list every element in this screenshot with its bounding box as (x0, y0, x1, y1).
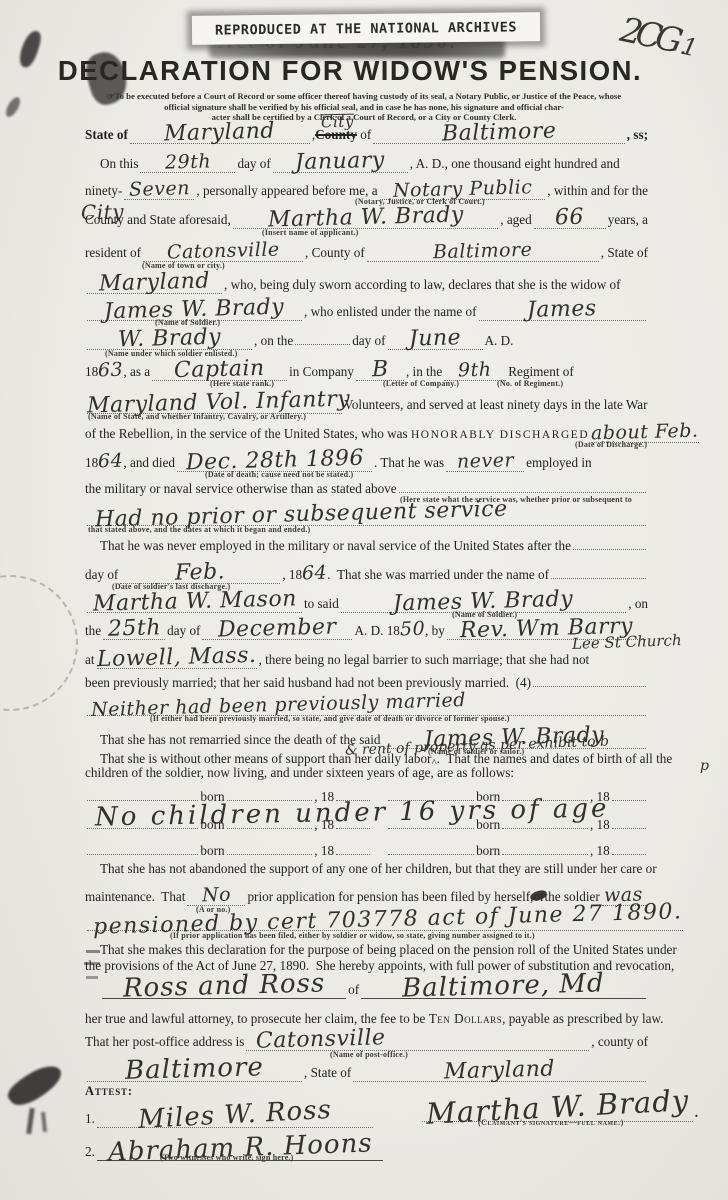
printed-the: the (85, 623, 101, 639)
town-field: Catonsville (143, 243, 303, 262)
handwritten-enlist-first: James (527, 300, 597, 321)
printed-employed-in: employed in (526, 455, 592, 471)
month-field: January (273, 153, 408, 173)
caption-company: (Letter of Company.) (383, 379, 459, 388)
printed-attest: Attest: (85, 1084, 133, 1099)
line-discharge: of the Rebellion, in the service of the … (85, 424, 648, 443)
caption-prev-married: (If either had been previously married, … (150, 714, 510, 723)
a-or-no-field: No (187, 887, 245, 906)
printed-years: years, a (608, 212, 648, 228)
printed-day-of3: day of (85, 567, 118, 583)
caption-witnesses: (Two witnesses who write, sign here.) (160, 1153, 294, 1162)
state-field: Maryland (130, 124, 310, 144)
printed-ss: , ss; (627, 127, 648, 143)
residence-county-field: Baltimore (367, 243, 599, 262)
line-enlist-name: W. Brady , on the day of June A. D. (85, 330, 648, 350)
printed-state-of2: , State of (304, 1065, 351, 1081)
partial-round-stamp (0, 557, 96, 728)
corner-scribble-dot: .1 (678, 32, 694, 62)
printed-ad-year: , A. D., one thousand eight hundred and (410, 156, 620, 172)
printed-resident: resident of (85, 245, 141, 261)
line-death: 18 64 , and died Dec. 28th 1896 . That h… (85, 452, 648, 472)
printed-aged: , aged (500, 212, 532, 228)
witness-2-number: 2. (85, 1144, 95, 1160)
scanned-pension-declaration-page: Act of June 27, 1890. REPRODUCED AT THE … (0, 0, 728, 1200)
maiden-name-field: Martha W. Mason (87, 593, 302, 613)
line-last-discharge: day of Feb. , 18 64 . That she was marri… (85, 564, 648, 584)
printed-label: State of (85, 127, 128, 143)
after-blank (573, 549, 646, 550)
line-rank-regiment: 18 63 , as a Captain in Company B , in t… (85, 361, 648, 381)
county-field: Baltimore (373, 124, 625, 144)
printed-18-row: , 18 (590, 843, 610, 859)
printed-as-a: , as a (123, 364, 150, 380)
line-pensioned: pensioned by cert 703778 act of June 27 … (85, 911, 648, 931)
ink-smudge (86, 976, 98, 979)
line-attest: Attest: (85, 1084, 133, 1099)
day-field: 29th (140, 154, 235, 173)
line-never-employed: That he was never employed in the milita… (100, 538, 648, 554)
ink-smudge (4, 1057, 66, 1113)
handwritten-town: Catonsville (167, 242, 280, 261)
handwritten-property-insert2: p (700, 758, 709, 774)
born-row-3: born , 18 born , 18 (85, 843, 648, 859)
prior-service-field: Had no prior or subsequent service (87, 506, 646, 526)
handwritten-december: December (218, 618, 337, 640)
ink-smudge (41, 1112, 47, 1132)
witness-1-number: 1. (85, 1111, 95, 1127)
printed-on-this: On this (100, 156, 138, 172)
printed-ad: A. D. (485, 333, 514, 349)
handwritten-company: B (371, 361, 388, 380)
line-residence: resident of Catonsville , County of Balt… (85, 243, 648, 262)
handwritten-month: January (295, 152, 385, 173)
printed-married-under: . That she was married under the name of (327, 567, 549, 583)
printed-children: children of the soldier, now living, and… (85, 765, 514, 781)
handwritten-no: No (202, 887, 231, 904)
enlist-name-field1: James (479, 301, 647, 321)
prev-married-blank (533, 686, 646, 687)
printed-or: or (533, 889, 544, 904)
printed-rebellion: of the Rebellion, in the service of the … (85, 426, 411, 442)
printed-not-abandoned: That she has not abandoned the support o… (100, 861, 657, 877)
born-date-blank (227, 854, 313, 855)
enlist-name-field2: W. Brady (87, 330, 252, 350)
handwritten-res-county: Baltimore (433, 242, 533, 261)
printed-at: at (85, 652, 95, 668)
enlist-month-field: June (388, 330, 483, 350)
handwritten-county: Baltimore (442, 123, 557, 145)
witness-1-signature: Miles W. Ross (138, 1099, 333, 1131)
county-label-overwritten: CountyCity (85, 212, 124, 228)
line-po-county-state: Baltimore , State of Maryland (85, 1058, 648, 1082)
service-blank (399, 492, 646, 493)
ink-smudge (3, 95, 23, 119)
company-field: B (356, 361, 404, 381)
national-archives-stamp: REPRODUCED AT THE NATIONAL ARCHIVES (192, 12, 540, 45)
printed-in-company: in Company (289, 364, 354, 380)
handwritten-applicant: Martha W. Brady (267, 206, 463, 230)
line-fee: her true and lawful attorney, to prosecu… (85, 1011, 648, 1027)
handwritten-never: never (456, 452, 513, 470)
printed-on-the: , on the (254, 333, 293, 349)
witness-1-field: Miles W. Ross (97, 1104, 373, 1128)
caption-applicant: (Insert name of applicant.) (262, 228, 359, 237)
printed-aforesaid: and State aforesaid, (124, 212, 231, 228)
handwritten-64: 64 (98, 453, 124, 470)
handwritten-officer: Notary Public (393, 179, 533, 199)
line-attorneys: Ross and Ross of Baltimore, Md (100, 975, 648, 1005)
handwritten-lowell: Lowell, Mass. (97, 647, 257, 670)
handwritten-50: 50 (400, 621, 426, 638)
handwritten-city-overwrite: City (81, 203, 124, 221)
printed-18-row: , 18 (314, 843, 334, 859)
po-state-field: Maryland (353, 1062, 646, 1082)
handwritten-age: 66 (555, 209, 584, 228)
handwritten-res-state: Maryland (99, 273, 210, 295)
printed-prior-application: prior application for pension has been f… (247, 889, 533, 905)
instructions-line1: ☞To be executed before a Court of Record… (54, 91, 674, 102)
line-post-office: That her post-office address is Catonsvi… (85, 1031, 648, 1051)
attorney-firm-field: Ross and Ross (102, 975, 346, 999)
line-unit: Maryland Vol. Infantry Volunteers, and s… (85, 394, 648, 414)
rank-field: Captain (152, 361, 287, 381)
handwritten-state: Maryland (164, 123, 275, 145)
printed-county-of2: , county of (591, 1034, 648, 1050)
line-no-prior-service: Had no prior or subsequent service (85, 506, 648, 526)
handwritten-po: Catonsville (256, 1029, 386, 1051)
ink-smudge (86, 950, 100, 953)
caption-claimant-signature: (Claimant's signature—full name.) (478, 1118, 624, 1127)
handwritten-day: 29th (165, 153, 211, 170)
line-not-abandoned: That she has not abandoned the support o… (100, 861, 648, 877)
printed-and-died: , and died (123, 455, 175, 471)
printed-18c: , 18 (282, 567, 302, 583)
printed-sworn: , who, being duly sworn according to law… (224, 277, 621, 293)
printed-ad-18: A. D. 18 (354, 623, 399, 639)
born-date-blank (502, 828, 588, 829)
handwritten-city-correction: City (321, 114, 354, 130)
line-marriage-place: at Lowell, Mass. , there being no legal … (85, 649, 648, 669)
printed-ten-dollars: Ten Dollars (429, 1011, 502, 1027)
caption-service2: that stated above, and the dates at whic… (88, 525, 310, 534)
form-title: DECLARATION FOR WIDOW'S PENSION. (30, 55, 670, 87)
county-label-corrected: CountyCity (315, 127, 357, 143)
caption-prior-application: (If prior application has been filed, ei… (170, 931, 535, 940)
handwritten-year: Seven (129, 180, 190, 198)
enlist-day-field (295, 344, 350, 345)
printed-born: born (200, 843, 224, 859)
post-office-field: Catonsville (246, 1031, 589, 1051)
handwritten-po-county: Baltimore (125, 1056, 264, 1082)
born-date-blank (502, 854, 588, 855)
printed-day-of4: day of (167, 623, 200, 639)
printed-otherwise: the military or naval service otherwise … (85, 481, 397, 497)
attorney-place-field: Baltimore, Md (361, 975, 646, 999)
printed-honorably-discharged: HONORABLY DISCHARGED (411, 429, 589, 441)
handwritten-25th: 25th (107, 619, 160, 639)
unit-field: Maryland Vol. Infantry (87, 394, 342, 414)
witness-1-line: 1. Miles W. Ross (85, 1104, 375, 1128)
year-field: Seven (124, 181, 194, 200)
line-children-intro: children of the soldier, now living, and… (85, 765, 648, 781)
printed-by: , by (425, 623, 445, 639)
printed-regiment-of: Regiment of (508, 364, 574, 380)
printed-18b: 18 (85, 455, 98, 471)
child-name-blank (87, 854, 198, 855)
printed-born: born (476, 843, 500, 859)
printed-18: 18 (85, 364, 98, 380)
printed-no-barrier: , there being no legal barrier to such m… (259, 652, 590, 668)
handwritten-rank: Captain (174, 360, 265, 381)
printed-enlisted: , who enlisted under the name of (304, 304, 477, 320)
caption-unit: (Name of State, and whether Infantry, Ca… (88, 412, 306, 421)
caption-rank: (Here state rank.) (210, 379, 274, 388)
married-name-blank (551, 578, 646, 579)
marriage-month-field: December (202, 620, 352, 640)
line-date: On this 29th day of January , A. D., one… (100, 153, 648, 173)
printed-to-said: to said (304, 596, 339, 612)
printed-of2: of (348, 982, 359, 998)
handwritten-feb: Feb. (175, 563, 226, 583)
handwritten-firm-place: Baltimore, Md (402, 972, 605, 999)
caption-death: (Date of death; cause need not be stated… (205, 470, 353, 479)
last-discharge-field: Feb. (120, 564, 280, 584)
year-blank (612, 828, 646, 829)
printed-state-of: , State of (601, 245, 648, 261)
caption-regiment: (No. of Regiment.) (497, 379, 563, 388)
printed-po-address: That her post-office address is (85, 1034, 244, 1050)
res-state-field: Maryland (87, 274, 222, 294)
handwritten-discharge: about Feb. (591, 423, 699, 442)
child-name-blank (388, 854, 474, 855)
year-blank (336, 854, 370, 855)
printed-county-of: , County of (305, 245, 365, 261)
handwritten-enlist-month: June (409, 329, 462, 349)
ink-smudge (26, 1108, 35, 1134)
printed-ninety: ninety- (85, 183, 122, 199)
handwritten-64b: 64 (302, 565, 328, 582)
death-date-field: Dec. 28th 1896 (177, 452, 372, 472)
caption-discharge: (Date of Discharge.) (575, 440, 647, 449)
marriage-place-field: Lowell, Mass. (97, 649, 257, 669)
instructions-text1: To be executed before a Court of Record … (115, 91, 622, 101)
line-widow-declaration: Maryland , who, being duly sworn accordi… (85, 274, 648, 294)
printed-payable: , payable as prescribed by law. (502, 1011, 663, 1027)
printed-that-he-was: . That he was (374, 455, 444, 471)
year-blank (612, 800, 646, 801)
printed-within: , within and for the (547, 183, 648, 199)
corner-scribble: 2CG .1 (618, 17, 695, 59)
corner-scribble-text: 2CG (617, 10, 681, 61)
marriage-day-field: 25th (103, 620, 165, 640)
printed-on: , on (628, 596, 648, 612)
printed-volunteers: Volunteers, and served at least ninety d… (344, 397, 648, 413)
printed-appeared: , personally appeared before me, a (196, 183, 377, 199)
printed-maintenance: maintenance. That (85, 889, 185, 905)
handwritten-po-state: Maryland (444, 1061, 555, 1083)
line-maiden-name: Martha W. Mason to said James W. Brady ,… (85, 593, 648, 613)
handwritten-enlist-last: W. Brady (118, 329, 222, 350)
signature-period: . (695, 1105, 698, 1121)
year-blank (612, 854, 646, 855)
line-declaration-purpose: That she makes this declaration for the … (100, 942, 648, 958)
printed-purpose: That she makes this declaration for the … (100, 942, 677, 958)
age-field: 66 (534, 209, 606, 229)
printed-in-the: , in the (406, 364, 442, 380)
applicant-field: Martha W. Brady (233, 209, 498, 229)
stamp-text: REPRODUCED AT THE NATIONAL ARCHIVES (215, 19, 517, 38)
pointing-hand-icon: ☞ (107, 91, 115, 101)
handwritten-63: 63 (98, 362, 124, 379)
line-applicant: CountyCity and State aforesaid, Martha W… (85, 209, 648, 229)
line-marriage-date: the 25th day of December A. D. 18 50 , b… (85, 620, 648, 640)
pensioned-field: pensioned by cert 703778 act of June 27 … (87, 911, 683, 931)
line-state-county: State of Maryland , CountyCity of Baltim… (85, 124, 648, 144)
instructions-line3: acter shall be certified by a Clerk of a… (54, 112, 674, 123)
po-county-field: Baltimore (87, 1058, 302, 1082)
line-previously-married: been previously married; that her said h… (85, 675, 648, 691)
printed-of: of (357, 127, 371, 143)
printed-day-of: day of (237, 156, 270, 172)
child-name-blank (388, 828, 474, 829)
printed-never-employed: That he was never employed in the milita… (100, 538, 571, 554)
printed-day-of2: day of (352, 333, 385, 349)
printed-not-remarried: That she has not remarried since the dea… (100, 732, 381, 748)
handwritten-maiden: Martha W. Mason (92, 590, 296, 614)
handwritten-regiment: 9th (458, 362, 492, 379)
handwritten-firm: Ross and Ross (123, 972, 326, 999)
never-field: never (446, 453, 524, 472)
